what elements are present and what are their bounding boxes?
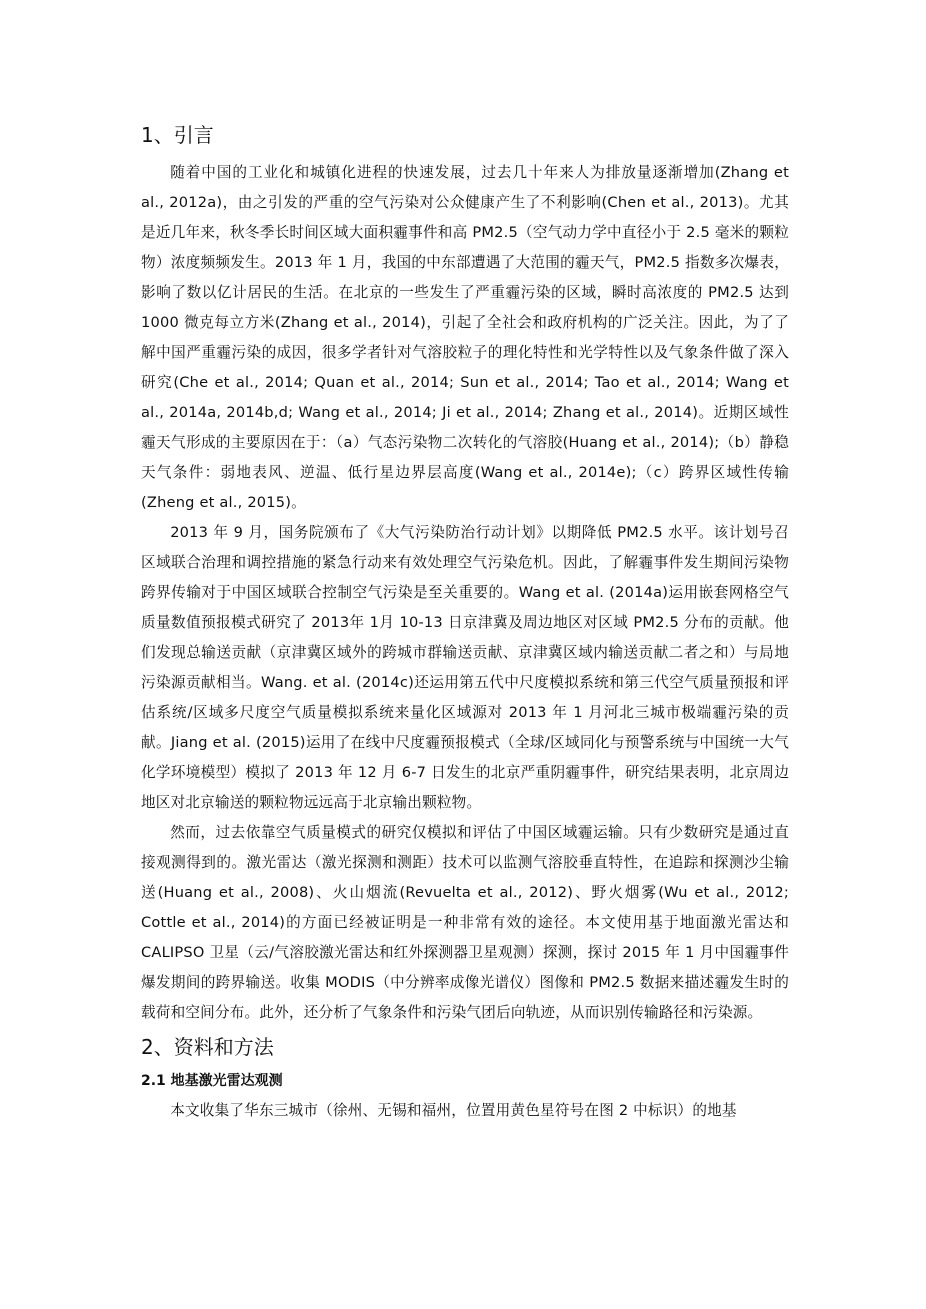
subsection-heading-lidar: 2.1 地基激光雷达观测 [141,1066,789,1096]
section-heading-introduction: 1、引言 [141,118,789,152]
paragraph-2: 2013 年 9 月，国务院颁布了《大气污染防治行动计划》以期降低 PM2.5 … [141,518,789,818]
section-heading-data-methods: 2、资料和方法 [141,1030,789,1064]
document-page: 1、引言 随着中国的工业化和城镇化进程的快速发展，过去几十年来人为排放量逐渐增加… [141,118,789,1126]
paragraph-3: 然而，过去依靠空气质量模式的研究仅模拟和评估了中国区域霾运输。只有少数研究是通过… [141,818,789,1028]
paragraph-1: 随着中国的工业化和城镇化进程的快速发展，过去几十年来人为排放量逐渐增加(Zhan… [141,158,789,518]
paragraph-4: 本文收集了华东三城市（徐州、无锡和福州，位置用黄色星符号在图 2 中标识）的地基 [141,1096,789,1126]
